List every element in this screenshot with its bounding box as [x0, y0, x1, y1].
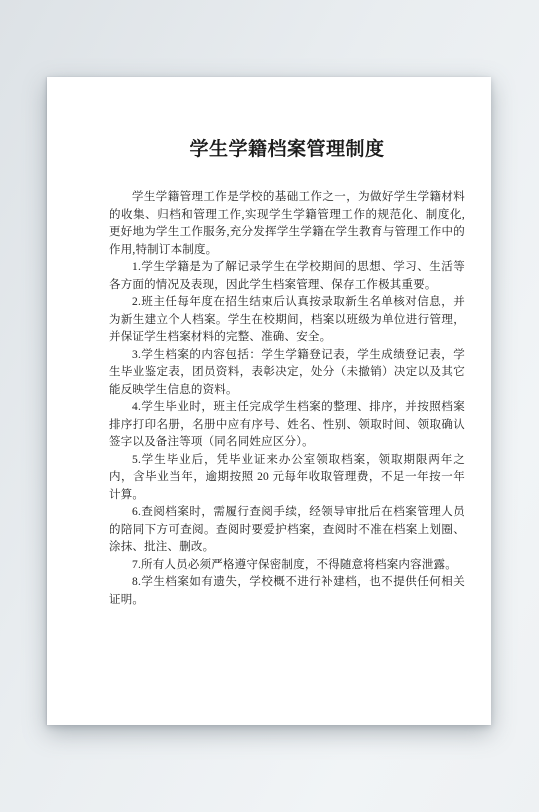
paragraph: 2.班主任每年度在招生结束后认真按录取新生名单核对信息，并为新生建立个人档案。学… — [109, 294, 465, 347]
paragraph: 5.学生毕业后，凭毕业证来办公室领取档案，领取期限两年之内，含毕业当年，逾期按照… — [109, 452, 465, 505]
paragraph: 1.学生学籍是为了解记录学生在学校期间的思想、学习、生活等各方面的情况及表现，因… — [109, 259, 465, 294]
page-content: 学生学籍档案管理制度 学生学籍管理工作是学校的基础工作之一，为做好学生学籍材料的… — [47, 77, 491, 725]
document-title: 学生学籍档案管理制度 — [109, 138, 465, 162]
document-page: 学生学籍档案管理制度 学生学籍管理工作是学校的基础工作之一，为做好学生学籍材料的… — [47, 77, 491, 725]
document-body: 学生学籍管理工作是学校的基础工作之一，为做好学生学籍材料的收集、归档和管理工作,… — [109, 189, 465, 609]
paragraph: 3.学生档案的内容包括：学生学籍登记表，学生成绩登记表，学生毕业鉴定表，团员资料… — [109, 347, 465, 400]
paragraph: 6.查阅档案时，需履行查阅手续，经领导审批后在档案管理人员的陪同下方可查阅。查阅… — [109, 504, 465, 557]
paragraph: 学生学籍管理工作是学校的基础工作之一，为做好学生学籍材料的收集、归档和管理工作,… — [109, 189, 465, 259]
paragraph: 7.所有人员必须严格遵守保密制度，不得随意将档案内容泄露。 — [109, 557, 465, 575]
paragraph: 8.学生档案如有遗失，学校概不进行补建档，也不提供任何相关证明。 — [109, 574, 465, 609]
paragraph: 4.学生毕业时，班主任完成学生档案的整理、排序，并按照档案排序打印名册，名册中应… — [109, 399, 465, 452]
